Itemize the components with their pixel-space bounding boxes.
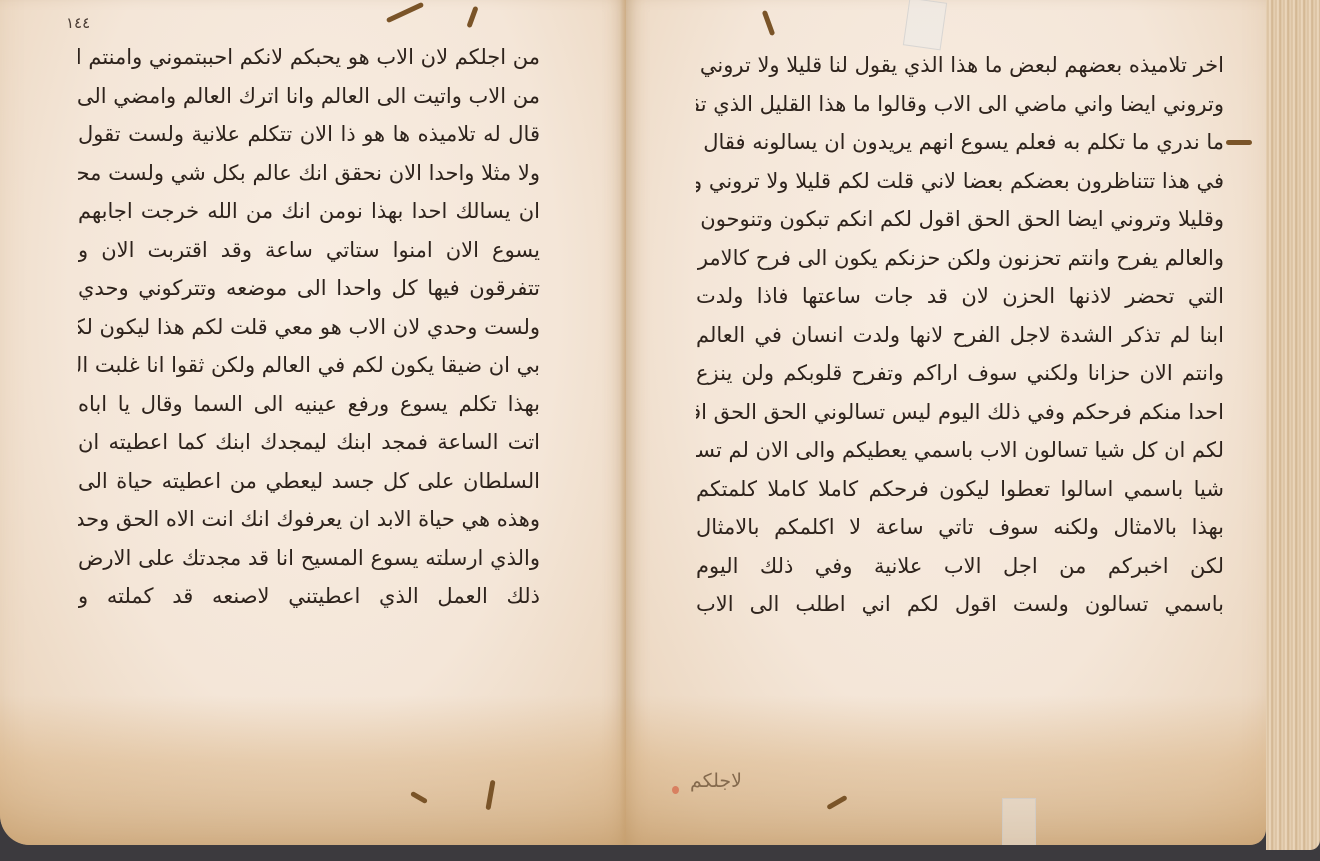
wormhole-damage: [410, 791, 428, 804]
text-line: ذلك العمل الذي اعطيتني لاصنعه قد كملته و: [78, 577, 540, 616]
wormhole-damage: [1226, 140, 1252, 145]
text-line: بهذا تكلم يسوع ورفع عينيه الى السما وقال…: [78, 385, 540, 424]
folio-number: ١٤٤: [66, 14, 90, 32]
left-page: ١٤٤ من اجلكم لان الاب هو يحبكم لانكم احب…: [0, 0, 626, 845]
page-edges: [1266, 0, 1320, 850]
text-line: يسوع الان امنوا ستاتي ساعة وقد اقتربت ال…: [78, 231, 540, 270]
text-line: من اجلكم لان الاب هو يحبكم لانكم احببتمو…: [78, 38, 540, 77]
wormhole-damage: [762, 10, 776, 36]
catchword: لاجلكم: [690, 770, 742, 792]
wormhole-damage: [485, 780, 495, 810]
manuscript-spread: ١٤٤ من اجلكم لان الاب هو يحبكم لانكم احب…: [0, 0, 1320, 850]
repair-tape: [1002, 798, 1036, 845]
left-page-text: من اجلكم لان الاب هو يحبكم لانكم احببتمو…: [78, 38, 540, 616]
text-line: في هذا تتناظرون بعضكم بعضا لاني قلت لكم …: [696, 162, 1224, 201]
text-line: قال له تلاميذه ها هو ذا الان تتكلم علاني…: [78, 115, 540, 154]
text-line: شيا باسمي اسالوا تعطوا ليكون فرحكم كاملا…: [696, 470, 1224, 509]
text-line: ولست وحدي لان الاب هو معي قلت لكم هذا لي…: [78, 308, 540, 347]
text-line: ولا مثلا واحدا الان نحقق انك عالم بكل شي…: [78, 154, 540, 193]
wormhole-damage: [386, 2, 424, 23]
text-line: التي تحضر لاذنها الحزن لان قد جات ساعتها…: [696, 277, 1224, 316]
text-line: وانتم الان حزانا ولكني سوف اراكم وتفرح ق…: [696, 354, 1224, 393]
wormhole-damage: [826, 795, 848, 810]
text-line: باسمي تسالون ولست اقول لكم اني اطلب الى …: [696, 585, 1224, 624]
text-line: اخر تلاميذه بعضهم لبعض ما هذا الذي يقول …: [696, 46, 1224, 85]
text-line: السلطان على كل جسد ليعطي من اعطيته حياة …: [78, 462, 540, 501]
text-line: ابنا لم تذكر الشدة لاجل الفرح لانها ولدت…: [696, 316, 1224, 355]
text-line: لكم ان كل شيا تسالون الاب باسمي يعطيكم و…: [696, 431, 1224, 470]
right-page: اخر تلاميذه بعضهم لبعض ما هذا الذي يقول …: [626, 0, 1266, 845]
repair-tape: [903, 0, 947, 50]
water-stain: [0, 695, 626, 845]
text-line: بهذا بالامثال ولكنه سوف تاتي ساعة لا اكل…: [696, 508, 1224, 547]
text-line: ما ندري ما تكلم به فعلم يسوع انهم يريدون…: [696, 123, 1224, 162]
text-line: وتروني ايضا واني ماضي الى الاب وقالوا ما…: [696, 85, 1224, 124]
text-line: لكن اخبركم من اجل الاب علانية وفي ذلك ال…: [696, 547, 1224, 586]
text-line: وقليلا وتروني ايضا الحق الحق اقول لكم ان…: [696, 200, 1224, 239]
text-line: اتت الساعة فمجد ابنك ليمجدك ابنك كما اعط…: [78, 423, 540, 462]
right-page-text: اخر تلاميذه بعضهم لبعض ما هذا الذي يقول …: [696, 46, 1224, 624]
text-line: وهذه هي حياة الابد ان يعرفوك انك انت الا…: [78, 500, 540, 539]
text-line: تتفرقون فيها كل واحدا الى موضعه وتتركوني…: [78, 269, 540, 308]
rubric-dot: [672, 786, 679, 794]
text-line: والعالم يفرح وانتم تحزنون ولكن حزنكم يكو…: [696, 239, 1224, 278]
text-line: احدا منكم فرحكم وفي ذلك اليوم ليس تسالون…: [696, 393, 1224, 432]
text-line: والذي ارسلته يسوع المسيح انا قد مجدتك عل…: [78, 539, 540, 578]
text-line: ان يسالك احدا بهذا نومن انك من الله خرجت…: [78, 192, 540, 231]
text-line: بي ان ضيقا يكون لكم في العالم ولكن ثقوا …: [78, 346, 540, 385]
wormhole-damage: [466, 6, 478, 28]
text-line: من الاب واتيت الى العالم وانا اترك العال…: [78, 77, 540, 116]
